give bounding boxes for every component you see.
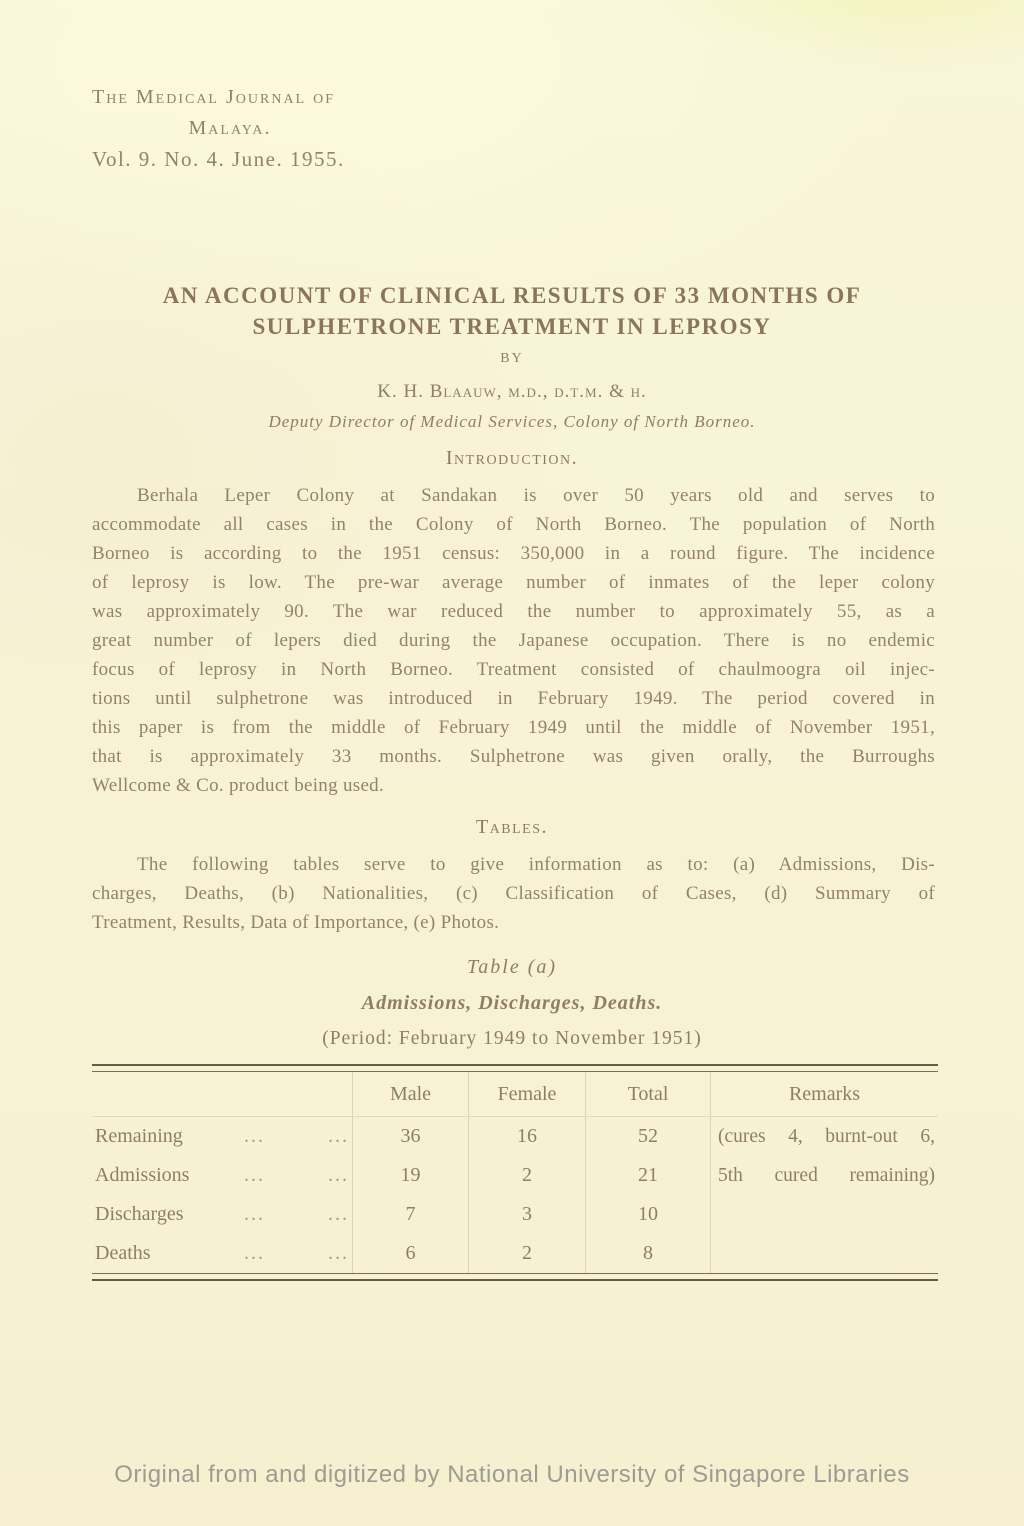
paragraph-line: great number of lepers died during the J… xyxy=(92,626,935,655)
remarks-cell: 5th cured remaining) xyxy=(710,1156,938,1195)
row-label-cell: Admissions ... ... xyxy=(92,1156,352,1195)
dot-leader: ... xyxy=(244,1164,265,1187)
byline-label: BY xyxy=(0,351,1024,367)
paragraph-line: that is approximately 33 months. Sulphet… xyxy=(92,742,935,771)
dot-leader: ... xyxy=(328,1125,349,1148)
paragraph-line: was approximately 90. The war reduced th… xyxy=(92,597,935,626)
female-value: 3 xyxy=(468,1195,585,1234)
row-label-cell: Discharges ... ... xyxy=(92,1195,352,1234)
table-a: Male Female Total Remarks Remaining ... … xyxy=(92,1064,938,1281)
table-row: Discharges ... ... 7 3 10 xyxy=(92,1195,938,1234)
remarks-text: 5th cured remaining) xyxy=(718,1165,935,1187)
paragraph-line: focus of leprosy in North Borneo. Treatm… xyxy=(92,655,935,684)
total-value: 52 xyxy=(585,1117,710,1156)
column-header-male: Male xyxy=(352,1072,468,1117)
row-label-cell: Deaths ... ... xyxy=(92,1234,352,1273)
paragraph-line: this paper is from the middle of Februar… xyxy=(92,713,935,742)
author-name: K. H. Blaauw, m.d., d.t.m. & h. xyxy=(0,381,1024,403)
column-header-total: Total xyxy=(585,1072,710,1117)
remarks-text: (cures 4, burnt-out 6, xyxy=(718,1126,935,1148)
introduction-heading: Introduction. xyxy=(0,447,1024,470)
dot-leader: ... xyxy=(244,1242,265,1265)
scanned-journal-page: The Medical Journal of Malaya. Vol. 9. N… xyxy=(0,0,1024,1526)
journal-masthead: The Medical Journal of Malaya. Vol. 9. N… xyxy=(92,82,368,175)
male-value: 6 xyxy=(352,1234,468,1273)
paragraph-line: of leprosy is low. The pre-war average n… xyxy=(92,568,935,597)
remarks-cell xyxy=(710,1234,938,1273)
row-label-cell: Remaining ... ... xyxy=(92,1117,352,1156)
article-title: AN ACCOUNT OF CLINICAL RESULTS OF 33 MON… xyxy=(0,280,1024,342)
table-a-period: (Period: February 1949 to November 1951) xyxy=(0,1028,1024,1050)
digitization-credit: Original from and digitized by National … xyxy=(0,1461,1024,1489)
dot-leader: ... xyxy=(328,1242,349,1265)
table-a-subcaption: Admissions, Discharges, Deaths. xyxy=(0,992,1024,1015)
table-header-row: Male Female Total Remarks xyxy=(92,1072,938,1117)
paragraph-line: Wellcome & Co. product being used. xyxy=(92,771,935,800)
dot-leader: ... xyxy=(328,1164,349,1187)
row-label: Admissions xyxy=(92,1164,189,1187)
total-value: 21 xyxy=(585,1156,710,1195)
column-header-female: Female xyxy=(468,1072,585,1117)
total-value: 8 xyxy=(585,1234,710,1273)
row-label: Discharges xyxy=(92,1203,184,1226)
total-value: 10 xyxy=(585,1195,710,1234)
column-header-remarks: Remarks xyxy=(710,1072,938,1117)
female-value: 2 xyxy=(468,1234,585,1273)
paragraph-line: accommodate all cases in the Colony of N… xyxy=(92,510,935,539)
tables-heading: Tables. xyxy=(0,816,1024,839)
male-value: 36 xyxy=(352,1117,468,1156)
remarks-cell: (cures 4, burnt-out 6, xyxy=(710,1117,938,1156)
female-value: 2 xyxy=(468,1156,585,1195)
dot-leader: ... xyxy=(328,1203,349,1226)
dot-leader: ... xyxy=(244,1203,265,1226)
article-title-line2: SULPHETRONE TREATMENT IN LEPROSY xyxy=(0,311,1024,342)
journal-issue-line: Vol. 9. No. 4. June. 1955. xyxy=(92,144,368,175)
male-value: 7 xyxy=(352,1195,468,1234)
table-row: Admissions ... ... 19 2 21 5th cured rem… xyxy=(92,1156,938,1195)
remarks-cell xyxy=(710,1195,938,1234)
article-title-line1: AN ACCOUNT OF CLINICAL RESULTS OF 33 MON… xyxy=(0,280,1024,311)
introduction-paragraph: Berhala Leper Colony at Sandakan is over… xyxy=(92,481,935,800)
table-corner-cell xyxy=(92,1072,352,1117)
female-value: 16 xyxy=(468,1117,585,1156)
tables-paragraph: The following tables serve to give infor… xyxy=(92,850,935,937)
paragraph-line: tions until sulphetrone was introduced i… xyxy=(92,684,935,713)
journal-title-line2: Malaya. xyxy=(92,113,368,144)
paragraph-line: The following tables serve to give infor… xyxy=(92,850,935,879)
male-value: 19 xyxy=(352,1156,468,1195)
author-affiliation: Deputy Director of Medical Services, Col… xyxy=(0,412,1024,432)
paragraph-line: Borneo is according to the 1951 census: … xyxy=(92,539,935,568)
row-label: Deaths xyxy=(92,1242,151,1265)
paragraph-line: Treatment, Results, Data of Importance, … xyxy=(92,908,935,937)
paragraph-line: charges, Deaths, (b) Nationalities, (c) … xyxy=(92,879,935,908)
journal-title-line1: The Medical Journal of xyxy=(92,82,368,113)
row-label: Remaining xyxy=(92,1125,183,1148)
table-a-caption: Table (a) xyxy=(0,956,1024,979)
dot-leader: ... xyxy=(244,1125,265,1148)
table-top-rule xyxy=(92,1064,938,1072)
table-row: Deaths ... ... 6 2 8 xyxy=(92,1234,938,1273)
table-bottom-rule xyxy=(92,1273,938,1281)
paragraph-line: Berhala Leper Colony at Sandakan is over… xyxy=(92,481,935,510)
table-row: Remaining ... ... 36 16 52 (cures 4, bur… xyxy=(92,1117,938,1156)
